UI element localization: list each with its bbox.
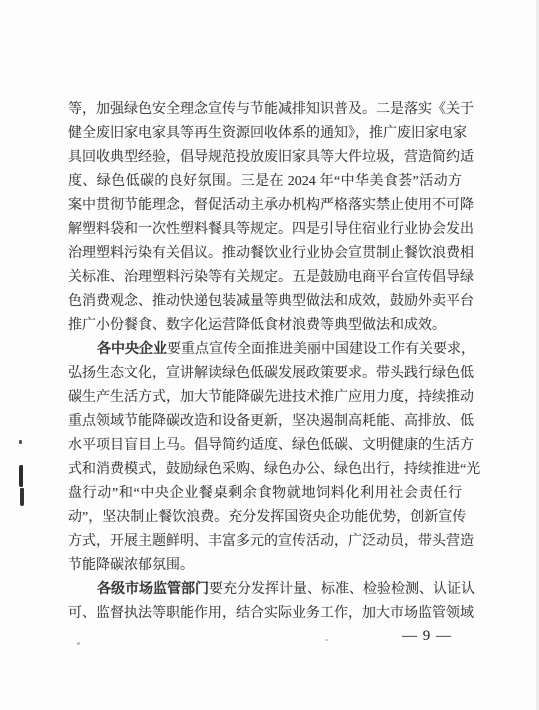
text-line: 各级市场监管部门要充分发挥计量、标准、检验检测、认证认 [68,578,462,602]
text-line: 碳生产生活方式，加大节能降碳先进技术推广应用力度，持续推动 [68,386,462,410]
body-text: 动”，坚决制止餐饮浪费。充分发挥国资央企功能优势，创新宣传 [68,510,466,525]
scan-artifact [19,465,23,487]
body-text: 色消费观念、推动快递包装减量等典型做法和成效，鼓励外卖平台 [68,294,474,309]
body-text: 要重点宣传全面推进美丽中国建设工作有关要求， [167,342,475,357]
body-text: 重点领域节能降碳改造和设备更新，坚决遏制高耗能、高排放、低 [68,414,474,429]
text-line: 方式，开展主题鲜明、丰富多元的宣传活动，广泛动员，带头营造 [68,530,462,554]
body-text: 式和消费模式，鼓励绿色采购、绿色办公、绿色出行，持续推进“光 [68,462,480,477]
text-line: 式和消费模式，鼓励绿色采购、绿色办公、绿色出行，持续推进“光 [68,458,462,482]
body-text: 可、监督执法等职能作用，结合实际业务工作，加大市场监管领域 [68,606,474,621]
text-line: 重点领域节能降碳改造和设备更新，坚决遏制高耗能、高排放、低 [68,410,462,434]
text-line: 健全废旧家电家具等再生资源回收体系的通知》，推广废旧家电家 [68,122,462,146]
body-text: 治理塑料污染有关倡议。推动餐饮业行业协会宣贯制止餐饮浪费相 [68,246,474,261]
body-text: 碳生产生活方式，加大节能降碳先进技术推广应用力度，持续推动 [68,390,474,405]
bold-lead-text: 各级市场监管部门 [97,582,209,597]
body-text: 节能降碳浓郁氛围。 [68,558,194,573]
text-line: 动”，坚决制止餐饮浪费。充分发挥国资央企功能优势，创新宣传 [68,506,462,530]
body-text: 方式，开展主题鲜明、丰富多元的宣传活动，广泛动员，带头营造 [68,534,474,549]
text-line: 案中贯彻节能理念，督促活动主承办机构严格落实禁止使用不可降 [68,194,462,218]
text-line: 节能降碳浓郁氛围。 [68,554,462,578]
body-text: 等，加强绿色安全理念宣传与节能减排知识普及。二是落实《关于 [68,102,474,117]
text-line: 等，加强绿色安全理念宣传与节能减排知识普及。二是落实《关于 [68,98,462,122]
text-line: 水平项目盲目上马。倡导简约适度、绿色低碳、文明健康的生活方 [68,434,462,458]
body-text: 案中贯彻节能理念，督促活动主承办机构严格落实禁止使用不可降 [68,198,474,213]
text-line: 推广小份餐食、数字化运营降低食材浪费等典型做法和成效。 [68,314,462,338]
text-line: 色消费观念、推动快递包装减量等典型做法和成效，鼓励外卖平台 [68,290,462,314]
body-text: 推广小份餐食、数字化运营降低食材浪费等典型做法和成效。 [68,318,446,333]
text-line: 解塑料袋和一次性塑料餐具等规定。四是引导住宿业行业协会发出 [68,218,462,242]
text-line: 关标准、治理塑料污染等有关规定。五是鼓励电商平台宣传倡导绿 [68,266,462,290]
bold-lead-text: 各中央企业 [97,342,167,357]
body-text: 要充分发挥计量、标准、检验检测、认证认 [209,582,475,597]
text-line: 盘行动”和“中央企业餐桌剩余食物就地饲料化利用社会责任行 [68,482,462,506]
text-block: 等，加强绿色安全理念宣传与节能减排知识普及。二是落实《关于健全废旧家电家具等再生… [68,98,462,626]
scanned-document-page: 等，加强绿色安全理念宣传与节能减排知识普及。二是落实《关于健全废旧家电家具等再生… [0,0,539,710]
page-number: — 9 — [68,628,462,645]
scan-artifact [19,440,22,444]
body-text: 具回收典型经验，倡导规范投放废旧家具等大件垃圾，营造简约适 [68,150,474,165]
body-text: 关标准、治理塑料污染等有关规定。五是鼓励电商平台宣传倡导绿 [68,270,474,285]
text-line: 度、绿色低碳的良好氛围。三是在 2024 年“中华美食荟”活动方 [68,170,462,194]
text-line: 治理塑料污染有关倡议。推动餐饮业行业协会宣贯制止餐饮浪费相 [68,242,462,266]
scan-artifact [20,488,24,506]
body-text: 解塑料袋和一次性塑料餐具等规定。四是引导住宿业行业协会发出 [68,222,474,237]
text-line: 具回收典型经验，倡导规范投放废旧家具等大件垃圾，营造简约适 [68,146,462,170]
body-text: 度、绿色低碳的良好氛围。三是在 2024 年“中华美食荟”活动方 [68,174,462,189]
text-line: 各中央企业要重点宣传全面推进美丽中国建设工作有关要求， [68,338,462,362]
text-line: 弘扬生态文化，宣讲解读绿色低碳发展政策要求。带头践行绿色低 [68,362,462,386]
body-text: 盘行动”和“中央企业餐桌剩余食物就地饲料化利用社会责任行 [68,486,462,501]
text-line: 可、监督执法等职能作用，结合实际业务工作，加大市场监管领域 [68,602,462,626]
body-text: 弘扬生态文化，宣讲解读绿色低碳发展政策要求。带头践行绿色低 [68,366,474,381]
body-text: 水平项目盲目上马。倡导简约适度、绿色低碳、文明健康的生活方 [68,438,474,453]
body-text: 健全废旧家电家具等再生资源回收体系的通知》，推广废旧家电家 [68,126,467,141]
